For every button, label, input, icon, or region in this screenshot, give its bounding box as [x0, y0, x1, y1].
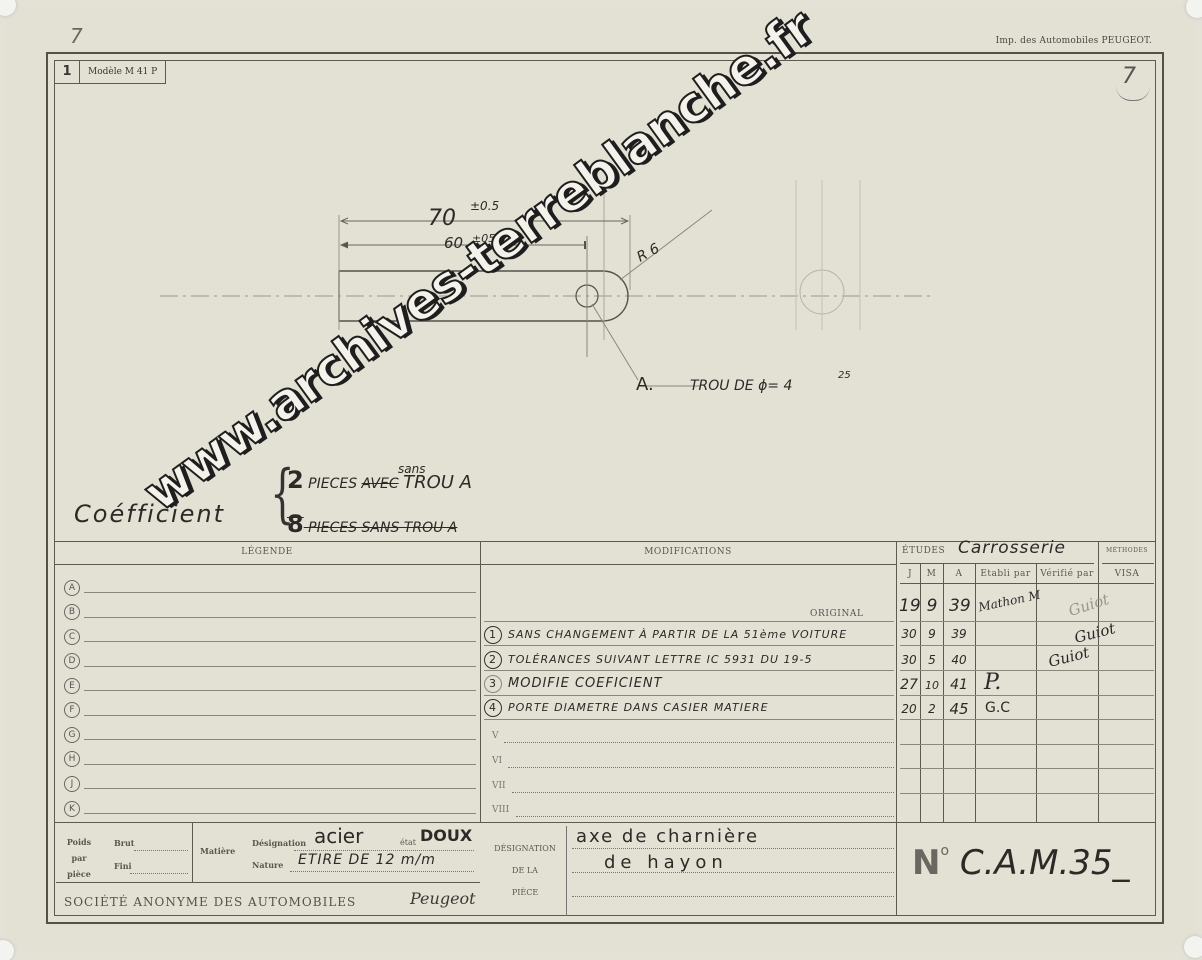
nature-label: Nature — [252, 860, 283, 870]
legend-divider — [480, 541, 481, 822]
modification-slot: V — [492, 731, 499, 741]
coefficient-label: Coéfficient — [74, 500, 225, 528]
legend-marker: H — [64, 751, 80, 767]
legend-marker: K — [64, 801, 80, 817]
legend-marker: J — [64, 776, 80, 792]
header-divider — [54, 564, 896, 565]
legend-marker: G — [64, 727, 80, 743]
legend-marker: F — [64, 702, 80, 718]
etudes-title: ÉTUDES — [902, 546, 945, 556]
signature-etabli: P. — [984, 670, 1001, 695]
col-visa: VISA — [1098, 569, 1156, 579]
radius-label: R 6 — [634, 241, 662, 266]
piece-label: DE LA — [486, 866, 564, 875]
legend-marker: C — [64, 629, 80, 645]
legend-marker: A — [64, 580, 80, 596]
col-etabli: Etabli par — [975, 569, 1036, 579]
col-verifie: Vérifié par — [1036, 569, 1098, 579]
legend-marker: D — [64, 653, 80, 669]
col-month: M — [920, 569, 943, 579]
modification-slot: VII — [492, 781, 506, 791]
modification-slot: VIII — [492, 805, 509, 815]
etudes-divider — [896, 541, 897, 916]
methodes-title: MÉTHODES — [1098, 547, 1156, 554]
gross-label: Brut — [114, 838, 135, 848]
hole-note-sup: 25 — [838, 370, 851, 381]
original-label: ORIGINAL — [810, 609, 864, 619]
piece-label: PIÈCE — [486, 888, 564, 897]
piece-name-line-2: de hayon — [604, 852, 728, 873]
modification-slot: VI — [492, 756, 502, 766]
department-name: Carrosserie — [958, 538, 1066, 558]
hole-label: A. — [636, 374, 654, 395]
material-designation: acier — [314, 824, 363, 848]
brand-logo: Peugeot — [410, 889, 476, 908]
col-year: A — [943, 569, 975, 579]
coefficient-line-1: 2 PIECES AVEC TROU A — [287, 466, 472, 494]
col-day: J — [900, 569, 920, 579]
modification-row: 4PORTE DIAMETRE DANS CASIER MATIERE — [484, 699, 769, 717]
state-label: état — [400, 838, 416, 847]
legend-marker: B — [64, 604, 80, 620]
material-state: DOUX — [420, 826, 472, 845]
weight-label: Poids par pièce — [62, 834, 96, 882]
part-number: No C.A.M.35_ — [912, 843, 1130, 883]
modifications-title: MODIFICATIONS — [480, 547, 896, 557]
legend-marker: E — [64, 678, 80, 694]
modification-row: 2TOLÉRANCES SUIVANT LETTRE IC 5931 DU 19… — [484, 651, 813, 669]
designation-label: Désignation — [252, 838, 306, 848]
dim-overall: 70 — [428, 206, 456, 231]
signature-etabli: G.C — [985, 700, 1010, 716]
hole-note: TROU DE ϕ= 4 — [690, 378, 792, 394]
footer-top-border — [54, 822, 1156, 823]
modification-row: 3MODIFIE COEFICIENT — [484, 675, 663, 693]
material-label: Matière — [200, 846, 235, 856]
net-label: Fini — [114, 861, 132, 871]
legend-title: LÉGENDE — [54, 547, 480, 557]
coefficient-line-2: 8 PIECES SANS TROU A — [287, 510, 457, 538]
dim-overall-tol: ±0.5 — [470, 199, 499, 213]
modification-row: 1SANS CHANGEMENT À PARTIR DE LA 51ème VO… — [484, 626, 847, 644]
piece-name-line-1: axe de charnière — [576, 826, 759, 847]
material-nature: ETIRE DE 12 m/m — [298, 852, 436, 868]
company-name: SOCIÉTÉ ANONYME DES AUTOMOBILES — [64, 895, 356, 909]
piece-label: DÉSIGNATION — [486, 844, 564, 853]
